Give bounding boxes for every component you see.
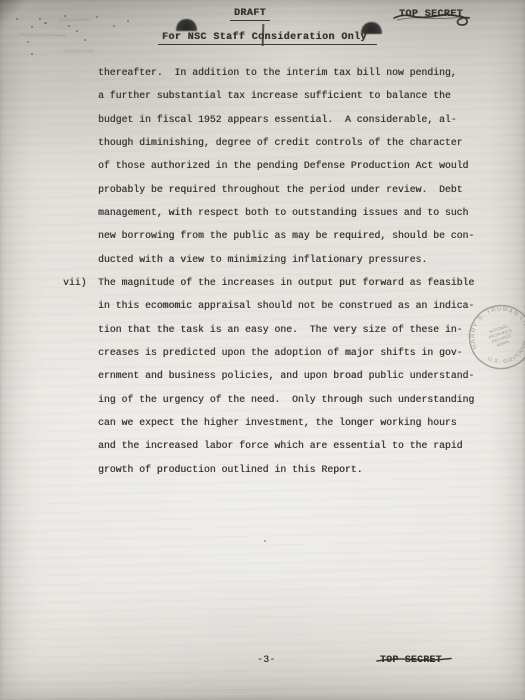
hole-punch-left	[176, 19, 197, 31]
text-line: management, with respect both to outstan…	[98, 201, 474, 224]
text-line: thereafter. In addition to the interim t…	[98, 61, 474, 84]
text-line: creases is predicted upon the adoption o…	[98, 341, 474, 364]
truman-library-stamp: HARRY S. TRUMAN LIBRARY U.S. GOVERNMENT …	[463, 299, 525, 375]
text-line: can we expect the higher investment, the…	[98, 411, 474, 434]
classification-bottom-strikeout	[374, 650, 458, 670]
text-line: The magnitude of the increases in output…	[98, 271, 474, 294]
corner-smudge	[0, 0, 28, 27]
draft-label: DRAFT	[230, 8, 270, 21]
text-line: new borrowing from the public as may be …	[98, 224, 474, 247]
text-line: probably be required throughout the peri…	[98, 178, 474, 201]
text-line: and the increased labor force which are …	[98, 434, 474, 457]
text-line: tion that the task is an easy one. The v…	[98, 318, 474, 341]
distribution-note: For NSC Staff Consideration Only	[158, 32, 377, 45]
scanned-document-page: DRAFT TOP SECRET For NSC Staff Considera…	[0, 0, 525, 700]
text-line: ernment and business policies, and upon …	[98, 364, 474, 387]
page-number: -3-	[257, 654, 276, 665]
classification-strikeout-scribble	[391, 4, 479, 32]
text-line: budget in fiscal 1952 appears essential.…	[98, 108, 474, 131]
paragraph-vii: The magnitude of the increases in output…	[98, 271, 474, 481]
text-line: though diminishing, degree of credit con…	[98, 131, 474, 154]
text-line: ducted with a view to minimizing inflati…	[98, 248, 474, 271]
paragraph-vi-continuation: thereafter. In addition to the interim t…	[98, 61, 474, 271]
text-line: growth of production outlined in this Re…	[98, 458, 474, 481]
item-vii-label: vii)	[63, 271, 87, 294]
text-line: of those authorized in the pending Defen…	[98, 154, 474, 177]
text-line: in this ecomomic appraisal should not be…	[98, 294, 474, 317]
text-line: a further substantial tax increase suffi…	[98, 84, 474, 107]
text-line: ing of the urgency of the need. Only thr…	[98, 388, 474, 411]
